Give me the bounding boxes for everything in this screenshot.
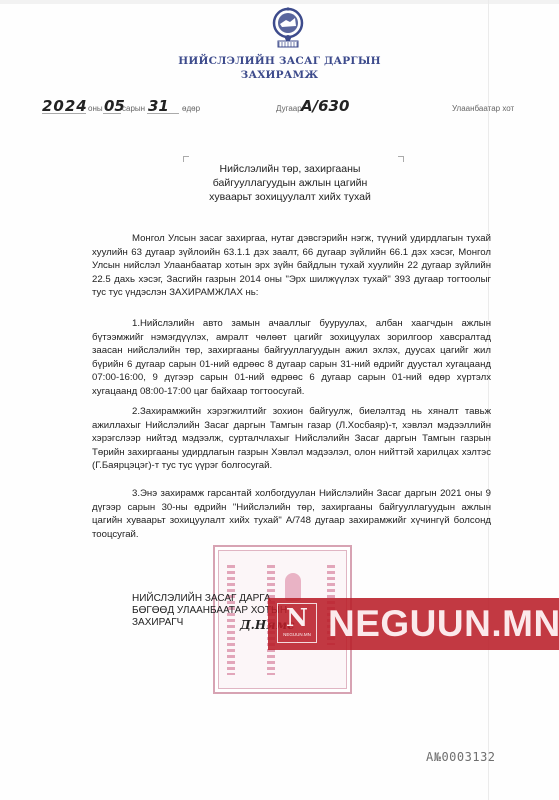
city-label: Улаанбаатар хот xyxy=(452,104,514,113)
subject-line: байгууллагуудын ажлын цагийн xyxy=(190,176,390,190)
subject-corner-mark xyxy=(183,156,189,162)
document-page: НИЙСЛЭЛИЙН ЗАСАГ ДАРГЫН ЗАХИРАМЖ 2024 он… xyxy=(0,0,559,800)
clause-paragraph: 3.Энэ захирамж гарсантай холбогдуулан Ни… xyxy=(92,487,491,541)
month-underline xyxy=(103,113,121,114)
preamble-paragraph: Монгол Улсын засаг захиргаа, нутаг дэвсг… xyxy=(92,232,491,300)
day-suffix: өдөр xyxy=(182,104,200,113)
subject-line: Нийслэлийн төр, захиргааны xyxy=(190,162,390,176)
soyombo-icon xyxy=(285,573,301,601)
state-emblem-icon xyxy=(270,6,306,52)
document-type-title: ЗАХИРАМЖ xyxy=(0,69,559,81)
clause-paragraph: 2.Захирамжийн хэрэгжилтийг зохион байгуу… xyxy=(92,405,491,473)
watermark-text: NEGUUN.MN xyxy=(328,602,559,646)
document-meta-row: 2024 оны 05 сарын 31 өдөр Дугаар А/630 У… xyxy=(0,96,559,120)
signer-line: НИЙСЛЭЛИЙН ЗАСАГ ДАРГА xyxy=(132,593,287,605)
clause-paragraph: 1.Нийслэлийн авто замын ачааллыг бууруул… xyxy=(92,317,491,399)
year-suffix: оны xyxy=(88,104,103,113)
org-title: НИЙСЛЭЛИЙН ЗАСАГ ДАРГЫН xyxy=(0,55,559,67)
document-number: А/630 xyxy=(301,97,349,115)
neguun-logo-icon: N NEGUUN.MN xyxy=(277,603,317,643)
year-underline xyxy=(42,113,86,114)
neguun-watermark-banner: N NEGUUN.MN NEGUUN.MN xyxy=(268,598,559,650)
preamble-text: Монгол Улсын засаг захиргаа, нутаг дэвсг… xyxy=(92,233,491,298)
day-underline xyxy=(147,113,179,114)
month-suffix: сарын xyxy=(122,104,145,113)
clause-text: 3.Энэ захирамж гарсантай холбогдуулан Ни… xyxy=(92,488,491,540)
scan-edge xyxy=(0,0,559,4)
signer-line: БӨГӨӨД УЛААНБААТАР ХОТЫН xyxy=(132,605,287,617)
serial-number: А№0003132 xyxy=(426,750,496,764)
document-subject: Нийслэлийн төр, захиргааны байгууллагууд… xyxy=(190,162,390,204)
subject-line: хуваарьт зохицуулалт хийх тухай xyxy=(190,190,390,204)
subject-corner-mark xyxy=(398,156,404,162)
clause-text: 2.Захирамжийн хэрэгжилтийг зохион байгуу… xyxy=(92,406,491,471)
clause-text: 1.Нийслэлийн авто замын ачааллыг бууруул… xyxy=(92,318,491,397)
page-fold-line xyxy=(488,0,489,800)
number-label: Дугаар xyxy=(276,104,302,113)
